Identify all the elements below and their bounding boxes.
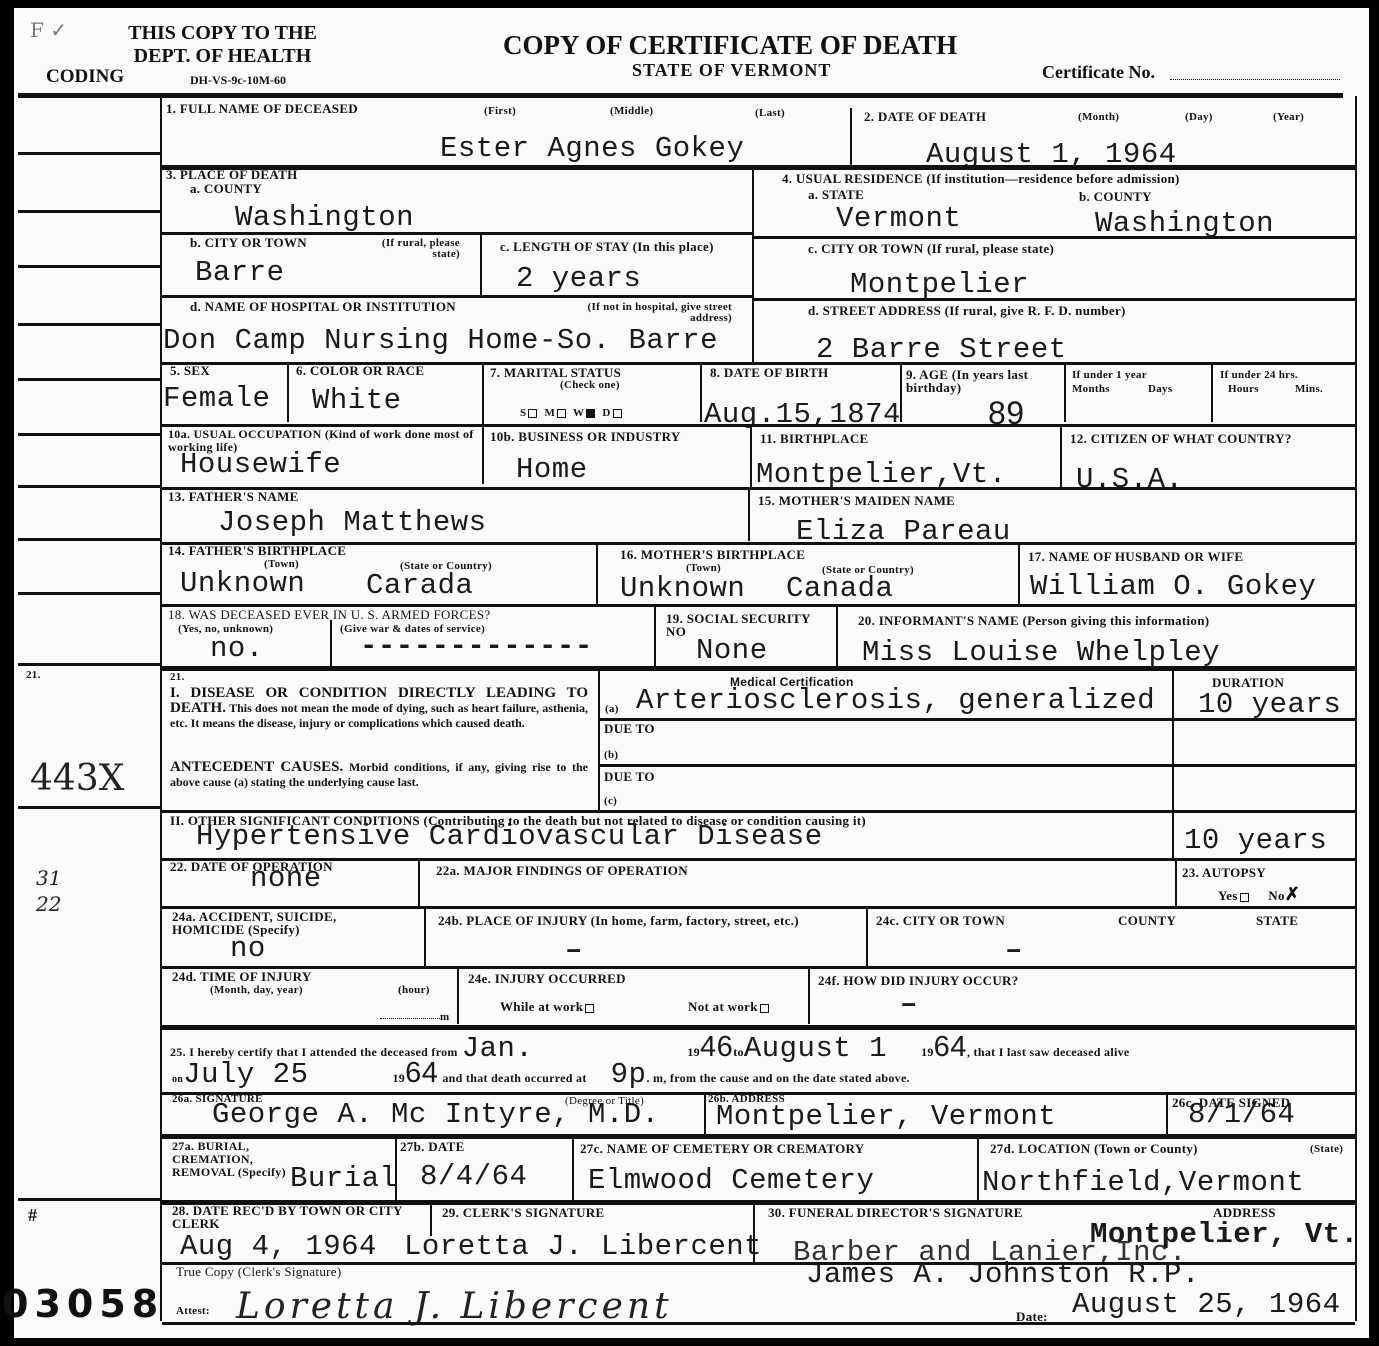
- margin-rule: [18, 485, 160, 488]
- margin-code-21: 443X: [30, 758, 124, 799]
- burial-location-state-label: (State): [1310, 1144, 1343, 1155]
- attest-signature[interactable]: Loretta J. Libercent: [236, 1286, 673, 1327]
- margin-rule: [18, 323, 160, 326]
- rule: [162, 906, 1355, 909]
- funeral-director-label: 30. FUNERAL DIRECTOR'S SIGNATURE: [768, 1206, 1023, 1219]
- hospital-label: d. NAME OF HOSPITAL OR INSTITUTION: [190, 300, 456, 313]
- informant-label: 20. INFORMANT'S NAME (Person giving this…: [858, 614, 1209, 627]
- mother-birthplace-label: 16. MOTHER'S BIRTHPLACE: [620, 548, 805, 561]
- sex[interactable]: Female: [163, 384, 270, 414]
- other-conditions[interactable]: Hypertensive Cardiovascular Disease: [196, 822, 823, 852]
- father-bp-town[interactable]: Unknown: [180, 569, 305, 599]
- cause-a-label: (a): [605, 704, 619, 715]
- clerk-signature[interactable]: Loretta J. Libercent: [404, 1232, 762, 1262]
- funeral-address[interactable]: Montpelier, Vt.: [1090, 1220, 1359, 1250]
- pod-city-note: (If rural, please state): [370, 238, 460, 260]
- divider: [750, 424, 752, 488]
- divider: [418, 858, 420, 906]
- pod-city-label: b. CITY OR TOWN: [190, 236, 307, 249]
- medical-section-no: 21.: [170, 672, 185, 683]
- rule: [162, 1025, 1355, 1030]
- received-label: 28. DATE REC'D BY TOWN OR CITY CLERK: [172, 1204, 427, 1230]
- antecedent-instructions: ANTECEDENT CAUSES. Morbid conditions, if…: [170, 760, 588, 790]
- res-city[interactable]: Montpelier: [850, 270, 1029, 300]
- margin-rule: [18, 152, 160, 155]
- injury-city[interactable]: –: [1005, 936, 1023, 966]
- age-label: 9. AGE (In years last birthday): [906, 368, 1048, 394]
- margin-rule: [18, 265, 160, 268]
- rule: [600, 718, 1355, 721]
- cause-c-label: (c): [604, 796, 617, 807]
- father-name[interactable]: Joseph Matthews: [218, 508, 487, 538]
- rule: [162, 1322, 1355, 1325]
- not-at-work[interactable]: Not at work: [688, 1000, 773, 1013]
- sex-label: 5. SEX: [170, 364, 210, 377]
- first-label: (First): [484, 106, 516, 117]
- cause-a[interactable]: Arteriosclerosis, generalized: [636, 686, 1155, 716]
- injury-state-label: STATE: [1256, 914, 1298, 927]
- margin-rule: [18, 433, 160, 436]
- time-note: (Month, day, year): [210, 985, 303, 996]
- burial-type[interactable]: Burial: [290, 1164, 397, 1194]
- last-label: (Last): [755, 108, 785, 119]
- certificate-no-field[interactable]: [1170, 78, 1340, 80]
- margin-rule: [18, 806, 160, 809]
- divider: [424, 906, 426, 966]
- marital-w-checkbox[interactable]: [586, 409, 595, 418]
- margin-rule: [18, 1198, 160, 1201]
- middle-label: (Middle): [610, 106, 653, 117]
- rule: [162, 487, 1355, 490]
- race[interactable]: White: [312, 386, 402, 416]
- due-to-a-label: DUE TO: [604, 722, 655, 735]
- divider: [977, 1136, 979, 1202]
- divider: [752, 168, 754, 364]
- divider: [598, 670, 600, 810]
- divider: [1166, 1094, 1168, 1134]
- how-injury-label: 24f. HOW DID INJURY OCCUR?: [818, 974, 1019, 987]
- spouse-label: 17. NAME OF HUSBAND OR WIFE: [1028, 550, 1243, 563]
- burial-date-label: 27b. DATE: [400, 1140, 465, 1153]
- marital-d-checkbox[interactable]: [613, 409, 622, 418]
- how-injury[interactable]: –: [900, 990, 918, 1020]
- copy-note-line2: DEPT. OF HEALTH: [110, 45, 335, 67]
- divider: [1172, 670, 1174, 860]
- length-of-stay[interactable]: 2 years: [516, 264, 641, 294]
- divider: [596, 544, 598, 604]
- rule: [752, 236, 1355, 239]
- part1-instructions: I. DISEASE OR CONDITION DIRECTLY LEADING…: [170, 686, 588, 731]
- race-label: 6. COLOR OR RACE: [296, 364, 424, 377]
- accident[interactable]: no: [230, 934, 266, 964]
- last-seen-year[interactable]: 64: [405, 1057, 438, 1089]
- while-at-work-checkbox[interactable]: [585, 1004, 594, 1013]
- autopsy-no-checkmark[interactable]: ✗: [1285, 884, 1300, 904]
- margin-mark: F ✓: [30, 18, 67, 42]
- margin-rule: [18, 210, 160, 213]
- divider: [704, 1094, 706, 1134]
- rule: [162, 1134, 1355, 1139]
- marital-label: 7. MARITAL STATUS: [490, 366, 621, 379]
- marital-note: (Check one): [560, 380, 620, 391]
- rule: [162, 165, 1355, 170]
- place-of-injury[interactable]: –: [565, 936, 583, 966]
- time-of-injury-field[interactable]: [380, 1018, 440, 1019]
- citizen[interactable]: U.S.A.: [1076, 465, 1183, 495]
- last-seen-date[interactable]: July 25: [183, 1058, 308, 1091]
- rule: [162, 966, 1355, 969]
- findings-label: 22a. MAJOR FINDINGS OF OPERATION: [436, 864, 688, 877]
- burial-type-label: 27a. BURIAL, CREMATION, REMOVAL (Specify…: [172, 1140, 292, 1179]
- res-county[interactable]: Washington: [1095, 209, 1274, 239]
- informant[interactable]: Miss Louise Whelpley: [862, 638, 1220, 668]
- pod-county-label: a. COUNTY: [190, 182, 262, 195]
- page-title: COPY OF CERTIFICATE OF DEATH: [503, 30, 957, 61]
- date-signed[interactable]: 8/1/64: [1188, 1100, 1295, 1130]
- divider: [850, 108, 852, 166]
- day-label: (Day): [1185, 112, 1213, 123]
- cemetery[interactable]: Elmwood Cemetery: [588, 1166, 874, 1196]
- margin-rule: [18, 538, 160, 541]
- mother-bp-town[interactable]: Unknown: [620, 574, 745, 604]
- page-subtitle: STATE OF VERMONT: [632, 60, 831, 81]
- rule: [18, 93, 1343, 98]
- month-label: (Month): [1078, 112, 1119, 123]
- birthplace[interactable]: Montpelier,Vt.: [756, 460, 1007, 490]
- burial-location-label: 27d. LOCATION (Town or County): [990, 1142, 1198, 1155]
- months-label: Months: [1072, 384, 1110, 395]
- marital-m-checkbox[interactable]: [557, 409, 566, 418]
- while-at-work[interactable]: While at work: [500, 1000, 598, 1013]
- autopsy-label: 23. AUTOPSY: [1182, 866, 1266, 879]
- days-label: Days: [1148, 384, 1172, 395]
- citizen-label: 12. CITIZEN OF WHAT COUNTRY?: [1070, 432, 1325, 445]
- father-bp-country[interactable]: Carada: [366, 571, 473, 601]
- res-street[interactable]: 2 Barre Street: [816, 335, 1067, 365]
- stamp-number: 03058: [2, 1282, 164, 1326]
- under-year-label: If under 1 year: [1072, 370, 1147, 381]
- dob-label: 8. DATE OF BIRTH: [710, 366, 828, 379]
- business[interactable]: Home: [516, 455, 588, 485]
- divider: [700, 364, 702, 422]
- hospital-name[interactable]: Don Camp Nursing Home-So. Barre: [163, 326, 718, 356]
- margin-hash: #: [28, 1205, 37, 1226]
- true-copy-label: True Copy (Clerk's Signature): [176, 1265, 341, 1278]
- pod-county[interactable]: Washington: [235, 203, 414, 233]
- margin-code-22b: 22: [36, 892, 61, 916]
- physician-address[interactable]: Montpelier, Vermont: [716, 1102, 1056, 1132]
- right-border: [1355, 96, 1357, 1321]
- cause-b-label: (b): [604, 750, 618, 761]
- divider: [1064, 364, 1066, 422]
- divider: [808, 966, 810, 1024]
- divider: [572, 1136, 574, 1202]
- rule: [752, 298, 1355, 301]
- mother-bp-country[interactable]: Canada: [786, 574, 893, 604]
- place-of-death-label: 3. PLACE OF DEATH: [166, 168, 298, 181]
- margin-rule: [18, 378, 160, 381]
- hour-label: (hour): [398, 985, 430, 996]
- divider: [1175, 858, 1177, 906]
- divider: [330, 620, 332, 666]
- autopsy-yes-checkbox[interactable]: [1240, 893, 1249, 902]
- divider: [654, 606, 656, 666]
- rule: [162, 666, 1355, 671]
- autopsy-options[interactable]: Yes No✗: [1218, 888, 1300, 902]
- funeral-person[interactable]: James A. Johnston R.P.: [806, 1260, 1200, 1290]
- margin-rule: [18, 663, 160, 666]
- due-to-b-label: DUE TO: [604, 770, 655, 783]
- pod-city[interactable]: Barre: [195, 258, 285, 288]
- margin-code-22a: 31: [36, 866, 61, 890]
- occupation[interactable]: Housewife: [180, 450, 341, 480]
- injury-occurred-label: 24e. INJURY OCCURRED: [468, 972, 626, 985]
- cause-b-field: [600, 764, 1355, 767]
- copy-note-line1: THIS COPY TO THE: [110, 22, 335, 44]
- under-day-label: If under 24 hrs.: [1220, 370, 1298, 381]
- coding-label: CODING: [46, 66, 124, 88]
- res-state[interactable]: Vermont: [836, 204, 961, 234]
- time-of-injury-label: 24d. TIME OF INJURY: [172, 970, 312, 983]
- deceased-name-label: 1. FULL NAME OF DECEASED: [166, 102, 358, 115]
- father-birthplace-label: 14. FATHER'S BIRTHPLACE: [168, 544, 346, 557]
- burial-location[interactable]: Northfield,Vermont: [982, 1168, 1304, 1198]
- hospital-note: (If not in hospital, give street address…: [582, 302, 732, 324]
- operation-date[interactable]: none: [250, 864, 322, 894]
- length-of-stay-label: c. LENGTH OF STAY (In this place): [500, 240, 730, 253]
- certificate-no-label: Certificate No.: [1042, 62, 1155, 83]
- marital-options[interactable]: S M W D: [520, 408, 626, 419]
- date-of-death-label: 2. DATE OF DEATH: [864, 110, 986, 123]
- divider: [480, 234, 482, 296]
- res-county-label: b. COUNTY: [1079, 190, 1152, 203]
- divider: [748, 489, 750, 541]
- res-state-label: a. STATE: [808, 188, 864, 201]
- date-received[interactable]: Aug 4, 1964: [180, 1232, 377, 1262]
- spouse-name[interactable]: William O. Gokey: [1030, 572, 1316, 602]
- margin-rule: [18, 592, 160, 595]
- physician-signature[interactable]: George A. Mc Intyre, M.D.: [212, 1100, 660, 1130]
- res-city-label: c. CITY OR TOWN (If rural, please state): [808, 242, 1054, 255]
- burial-date[interactable]: 8/4/64: [420, 1162, 527, 1192]
- certification-line2: onJuly 25 1964 and that death occurred a…: [172, 1058, 910, 1090]
- injury-city-label: 24c. CITY OR TOWN: [876, 914, 1005, 927]
- certified-date[interactable]: August 25, 1964: [1072, 1290, 1341, 1320]
- time-of-death[interactable]: 9p: [611, 1058, 647, 1091]
- form-code: DH-VS-9c-10M-60: [190, 73, 286, 88]
- mins-label: Mins.: [1295, 384, 1323, 395]
- divider: [1018, 544, 1020, 604]
- business-label: 10b. BUSINESS OR INDUSTRY: [490, 430, 710, 443]
- other-conditions-duration[interactable]: 10 years: [1184, 826, 1327, 856]
- attended-to-year[interactable]: 64: [934, 1031, 967, 1063]
- war-service[interactable]: -------------: [360, 632, 593, 662]
- margin-code-21-label: 21.: [26, 670, 41, 681]
- ssn[interactable]: None: [696, 636, 768, 666]
- accident-label: 24a. ACCIDENT, SUICIDE, HOMICIDE (Specif…: [172, 910, 412, 936]
- birthplace-label: 11. BIRTHPLACE: [760, 432, 869, 445]
- cause-a-duration[interactable]: 10 years: [1198, 690, 1341, 720]
- divider: [1211, 364, 1213, 422]
- year-label: (Year): [1273, 112, 1304, 123]
- clerk-signature-label: 29. CLERK'S SIGNATURE: [442, 1206, 604, 1219]
- divider: [866, 906, 868, 966]
- divider: [1060, 424, 1062, 488]
- armed-forces[interactable]: no.: [210, 634, 264, 664]
- res-street-label: d. STREET ADDRESS (If rural, give R. F. …: [808, 304, 1126, 317]
- attest-label: Attest:: [176, 1306, 210, 1317]
- divider: [395, 1136, 397, 1202]
- cemetery-label: 27c. NAME OF CEMETERY OR CREMATORY: [580, 1142, 864, 1155]
- hours-label: Hours: [1228, 384, 1259, 395]
- marital-s-checkbox[interactable]: [528, 409, 537, 418]
- deceased-name[interactable]: Ester Agnes Gokey: [440, 134, 744, 164]
- injury-county-label: COUNTY: [1118, 914, 1176, 927]
- divider: [900, 364, 902, 422]
- father-label: 13. FATHER'S NAME: [168, 490, 299, 503]
- mother-label: 15. MOTHER'S MAIDEN NAME: [758, 494, 955, 507]
- residence-label: 4. USUAL RESIDENCE (If institution—resid…: [782, 172, 1180, 185]
- divider: [457, 966, 459, 1024]
- m-label: m: [440, 1012, 449, 1023]
- not-at-work-checkbox[interactable]: [760, 1004, 769, 1013]
- divider: [287, 364, 289, 422]
- divider: [836, 606, 838, 666]
- place-of-injury-label: 24b. PLACE OF INJURY (In home, farm, fac…: [438, 914, 868, 927]
- rule: [162, 295, 752, 298]
